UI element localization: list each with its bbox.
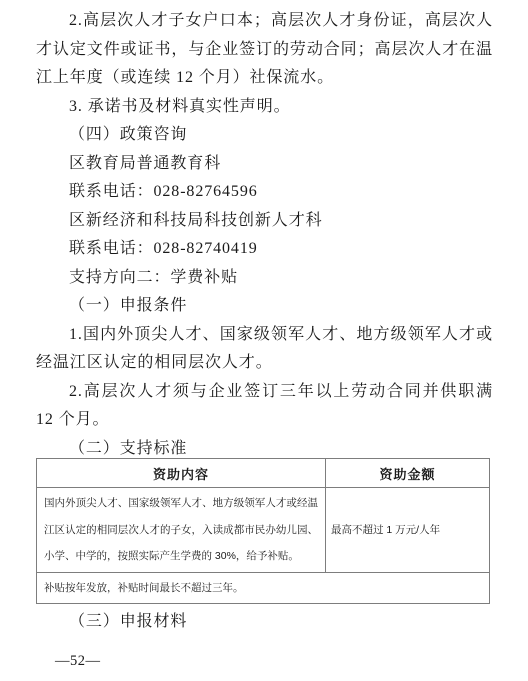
paragraph-section-application-conditions: （一）申报条件: [36, 292, 493, 321]
paragraph-science-bureau: 区新经济和科技局科技创新人才科: [36, 207, 493, 236]
col-header-funding-amount: 资助金额: [326, 459, 490, 488]
funding-amount-cell: 最高不超过 1 万元/人年: [326, 488, 490, 573]
paragraph-condition-2: 2.高层次人才须与企业签订三年以上劳动合同并供职满 12 个月。: [36, 378, 493, 435]
paragraph-materials-3: 3. 承诺书及材料真实性声明。: [36, 93, 493, 122]
paragraph-education-bureau: 区教育局普通教育科: [36, 150, 493, 179]
table-row: 国内外顶尖人才、国家级领军人才、地方级领军人才或经温江区认定的相同层次人才的子女…: [37, 488, 490, 573]
table-note-row: 补贴按年发放，补贴时间最长不超过三年。: [37, 572, 490, 603]
document-body: 2.高层次人才子女户口本；高层次人才身份证，高层次人才认定文件或证书，与企业签订…: [0, 0, 528, 636]
paragraph-phone-science: 联系电话：028-82740419: [36, 235, 493, 264]
paragraph-section-application-materials: （三）申报材料: [36, 608, 493, 637]
subsidy-note-cell: 补贴按年发放，补贴时间最长不超过三年。: [37, 572, 490, 603]
funding-content-cell: 国内外顶尖人才、国家级领军人才、地方级领军人才或经温江区认定的相同层次人才的子女…: [37, 488, 326, 573]
paragraph-materials-2: 2.高层次人才子女户口本；高层次人才身份证，高层次人才认定文件或证书，与企业签订…: [36, 7, 493, 93]
paragraph-phone-education: 联系电话：028-82764596: [36, 178, 493, 207]
paragraph-condition-1: 1.国内外顶尖人才、国家级领军人才、地方级领军人才或经温江区认定的相同层次人才。: [36, 321, 493, 378]
support-standard-table: 资助内容 资助金额 国内外顶尖人才、国家级领军人才、地方级领军人才或经温江区认定…: [36, 458, 490, 604]
document-page: 2.高层次人才子女户口本；高层次人才身份证，高层次人才认定文件或证书，与企业签订…: [0, 0, 528, 681]
paragraph-section-policy-consulting: （四）政策咨询: [36, 121, 493, 150]
page-number: —52—: [55, 653, 101, 670]
paragraph-support-direction-2: 支持方向二：学费补贴: [36, 264, 493, 293]
